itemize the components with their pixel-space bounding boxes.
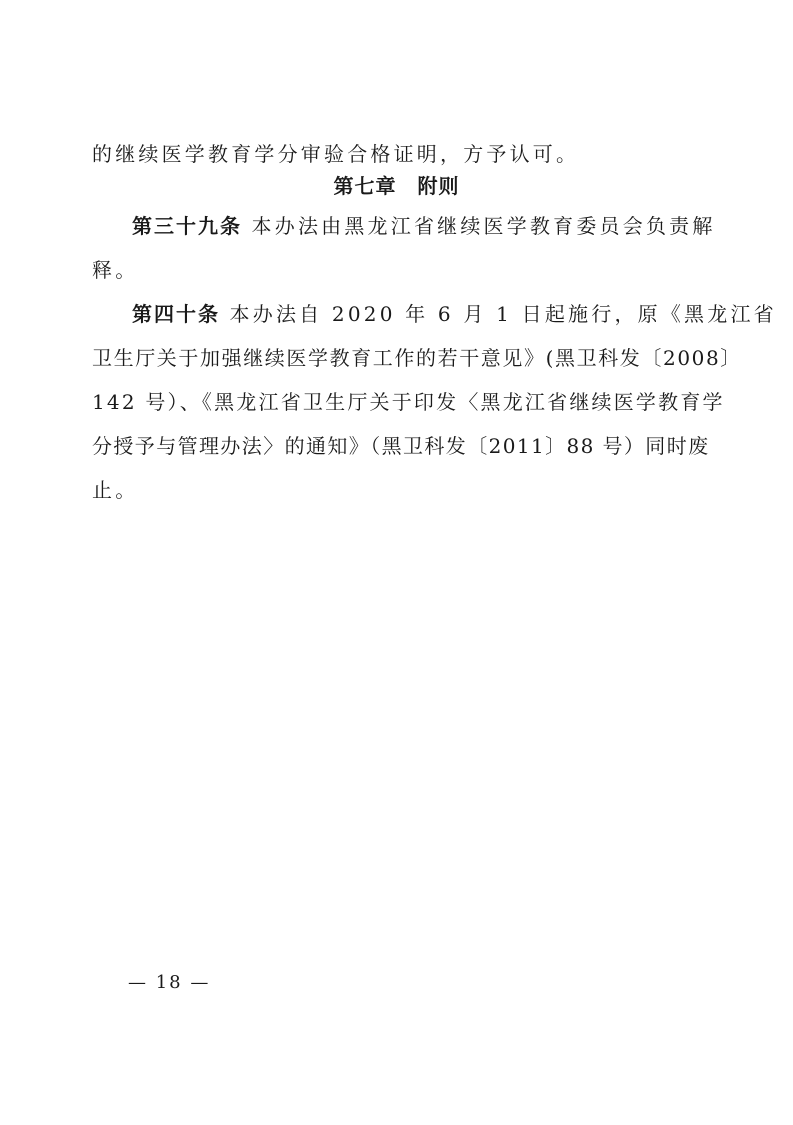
article-39-line-1: 第三十九条 本办法由黑龙江省继续医学教育委员会负责解 [132,214,716,238]
article-40-line-1: 第四十条 本办法自 2020 年 6 月 1 日起施行，原《黑龙江省 [132,302,777,326]
article-39-line-2: 释。 [92,258,138,282]
article-39-label: 第三十九条 [132,214,242,238]
chapter-heading: 第七章 附则 [0,170,793,199]
article-39-text: 本办法由黑龙江省继续医学教育委员会负责解 [242,214,716,238]
article-40-line-2: 卫生厅关于加强继续医学教育工作的若干意见》(黑卫科发〔2008〕 [92,346,742,370]
page-number: — 18 — [128,972,210,993]
article-40-label: 第四十条 [132,302,220,326]
article-40-line-4: 分授予与管理办法〉的通知》（黑卫科发〔2011〕88 号）同时废 [92,434,710,458]
article-40-line-3: 142 号）、《黑龙江省卫生厅关于印发〈黑龙江省继续医学教育学 [92,390,725,414]
article-40-line-5: 止。 [92,478,138,502]
paragraph-continuation: 的继续医学教育学分审验合格证明，方予认可。 [92,142,579,166]
article-40-text: 本办法自 2020 年 6 月 1 日起施行，原《黑龙江省 [220,302,777,326]
